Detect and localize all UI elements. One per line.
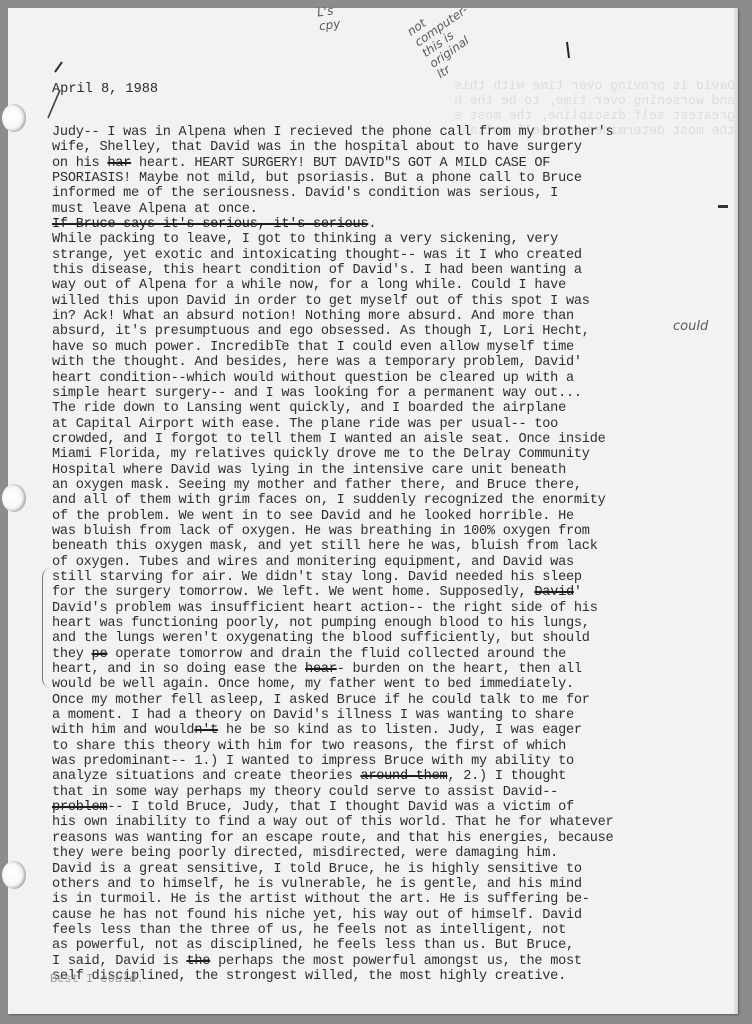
text-line: of the problem. We went in to see David … — [52, 509, 613, 524]
text-segment: beneath this oxygen mask, and yet still … — [52, 539, 598, 554]
text-line: others and to himself, he is vulnerable,… — [52, 877, 613, 892]
text-segment: with the thought. And besides, here was … — [52, 355, 582, 370]
text-segment: . — [368, 217, 376, 232]
text-line: have so much power. Incredible that I co… — [52, 340, 613, 355]
text-line: Miami Florida, my relatives quickly drov… — [52, 447, 613, 462]
text-line: that in some way perhaps my theory could… — [52, 785, 613, 800]
letter-body: Judy-- I was in Alpena when I recieved t… — [52, 125, 613, 984]
text-segment: wife, Shelley, that David was in the hos… — [52, 140, 582, 155]
text-line: reasons was wanting for an escape route,… — [52, 831, 613, 846]
text-line: problem-- I told Bruce, Judy, that I tho… — [52, 800, 613, 815]
text-line: Hospital where David was lying in the in… — [52, 463, 613, 478]
text-segment: his own inability to find a way out of t… — [52, 815, 613, 830]
text-segment: operate tomorrow and drain the fluid col… — [107, 647, 566, 662]
text-line: I said, David is the perhaps the most po… — [52, 954, 613, 969]
text-segment: simple heart surgery-- and I was looking… — [52, 386, 582, 401]
text-segment: absurd, it's presumptuous and ego obsess… — [52, 324, 590, 339]
struck-text: hear — [305, 662, 337, 677]
text-segment: analyze situations and create theories — [52, 769, 360, 784]
text-segment: , 2.) I thought — [447, 769, 566, 784]
text-segment: would be well again. Once home, my fathe… — [52, 677, 574, 692]
text-segment: as powerful, not as disciplined, he feel… — [52, 938, 574, 953]
text-line: beneath this oxygen mask, and yet still … — [52, 539, 613, 554]
text-segment: still starving for air. We didn't stay l… — [52, 570, 582, 585]
text-line: and all of them with grim faces on, I su… — [52, 493, 613, 508]
text-segment: feels less than the three of us, he feel… — [52, 923, 566, 938]
text-segment: cause he has not found his niche yet, hi… — [52, 908, 582, 923]
text-line: with the thought. And besides, here was … — [52, 355, 613, 370]
text-line: this disease, this heart condition of Da… — [52, 263, 613, 278]
struck-text: pe — [92, 647, 108, 662]
text-line: to share this theory with him for two re… — [52, 739, 613, 754]
text-segment: perhaps the most powerful amongst us, th… — [210, 954, 582, 969]
text-segment: -- I told Bruce, Judy, that I thought Da… — [107, 800, 574, 815]
text-line: in? Ack! What an absurd notion! Nothing … — [52, 309, 613, 324]
text-line: wife, Shelley, that David was in the hos… — [52, 140, 613, 155]
text-segment: David's problem was insufficient heart a… — [52, 601, 598, 616]
text-segment: others and to himself, he is vulnerable,… — [52, 877, 582, 892]
text-line: heart condition--which would without que… — [52, 371, 613, 386]
text-line: informed me of the seriousness. David's … — [52, 186, 613, 201]
text-segment: they — [52, 647, 92, 662]
text-segment: was predominant-- 1.) I wanted to impres… — [52, 754, 574, 769]
text-segment: on his — [52, 156, 107, 171]
text-line: feels less than the three of us, he feel… — [52, 923, 613, 938]
text-segment: strange, yet exotic and intoxicating tho… — [52, 248, 582, 263]
text-segment: for the surgery tomorrow. We left. We we… — [52, 585, 534, 600]
text-segment: an oxygen mask. Seeing my mother and fat… — [52, 478, 582, 493]
text-segment: Hospital where David was lying in the in… — [52, 463, 566, 478]
text-line: way out of Alpena for a while now, for a… — [52, 278, 613, 293]
margin-dash-mark — [718, 205, 728, 208]
text-segment: heart was functioning poorly, not pumpin… — [52, 616, 590, 631]
text-segment: David is a great sensitive, I told Bruce… — [52, 862, 582, 877]
text-segment: this disease, this heart condition of Da… — [52, 263, 582, 278]
text-segment: to share this theory with him for two re… — [52, 739, 566, 754]
text-line: was predominant-- 1.) I wanted to impres… — [52, 754, 613, 769]
text-line: PSORIASIS! Maybe not mild, but psoriasis… — [52, 171, 613, 186]
text-line: of oxygen. Tubes and wires and moniterin… — [52, 555, 613, 570]
text-line: strange, yet exotic and intoxicating tho… — [52, 248, 613, 263]
text-line: would be well again. Once home, my fathe… — [52, 677, 613, 692]
text-line: must leave Alpena at once. — [52, 202, 613, 217]
text-line: with him and wouldn't he be so kind as t… — [52, 723, 613, 738]
text-segment: reasons was wanting for an escape route,… — [52, 831, 613, 846]
text-line: was bluish from lack of oxygen. He was b… — [52, 524, 613, 539]
struck-text: David — [534, 585, 574, 600]
text-line: at Capital Airport with ease. The plane … — [52, 417, 613, 432]
text-segment: a moment. I had a theory on David's illn… — [52, 708, 574, 723]
text-segment: have so much power. Incredible that I co… — [52, 340, 574, 355]
text-line: and the lungs weren't oxygenating the bl… — [52, 631, 613, 646]
text-segment: informed me of the seriousness. David's … — [52, 186, 558, 201]
text-segment: is in turmoil. He is the artist without … — [52, 892, 590, 907]
text-line: willed this upon David in order to get m… — [52, 294, 613, 309]
text-segment: in? Ack! What an absurd notion! Nothing … — [52, 309, 574, 324]
margin-bracket-mark — [42, 568, 51, 688]
text-segment: was bluish from lack of oxygen. He was b… — [52, 524, 590, 539]
text-line: While packing to leave, I got to thinkin… — [52, 232, 613, 247]
text-segment: crowded, and I forgot to tell them I wan… — [52, 432, 606, 447]
text-line: on his har heart. HEART SURGERY! BUT DAV… — [52, 156, 613, 171]
text-segment: with him and would — [52, 723, 194, 738]
text-line: as powerful, not as disciplined, he feel… — [52, 938, 613, 953]
text-line: crowded, and I forgot to tell them I wan… — [52, 432, 613, 447]
text-segment: While packing to leave, I got to thinkin… — [52, 232, 558, 247]
text-line: is in turmoil. He is the artist without … — [52, 892, 613, 907]
text-segment: they were being poorly directed, misdire… — [52, 846, 558, 861]
text-line: still starving for air. We didn't stay l… — [52, 570, 613, 585]
text-segment: heart condition--which would without que… — [52, 371, 574, 386]
text-segment: of oxygen. Tubes and wires and moniterin… — [52, 555, 574, 570]
struck-text: around them — [360, 769, 447, 784]
text-line: Once my mother fell asleep, I asked Bruc… — [52, 693, 613, 708]
text-line: they pe operate tomorrow and drain the f… — [52, 647, 613, 662]
text-line: an oxygen mask. Seeing my mother and fat… — [52, 478, 613, 493]
text-segment: The ride down to Lansing went quickly, a… — [52, 401, 566, 416]
text-segment: at Capital Airport with ease. The plane … — [52, 417, 558, 432]
text-segment: way out of Alpena for a while now, for a… — [52, 278, 566, 293]
text-line: analyze situations and create theories a… — [52, 769, 613, 784]
text-line: heart, and in so doing ease the hear- bu… — [52, 662, 613, 677]
text-line: David is a great sensitive, I told Bruce… — [52, 862, 613, 877]
text-segment: heart, and in so doing ease the — [52, 662, 305, 677]
text-segment: heart. HEART SURGERY! BUT DAVID"S GOT A … — [131, 156, 550, 171]
text-line: David's problem was insufficient heart a… — [52, 601, 613, 616]
text-line: cause he has not found his niche yet, hi… — [52, 908, 613, 923]
text-line: his own inability to find a way out of t… — [52, 815, 613, 830]
text-segment: I said, David is — [52, 954, 186, 969]
struck-text: problem — [52, 800, 107, 815]
text-line: simple heart surgery-- and I was looking… — [52, 386, 613, 401]
text-line: If Bruce says it's serious, it's serious… — [52, 217, 613, 232]
text-line: Judy-- I was in Alpena when I recieved t… — [52, 125, 613, 140]
text-segment: willed this upon David in order to get m… — [52, 294, 590, 309]
text-segment: and all of them with grim faces on, I su… — [52, 493, 606, 508]
text-line: heart was functioning poorly, not pumpin… — [52, 616, 613, 631]
text-segment: that in some way perhaps my theory could… — [52, 785, 558, 800]
text-segment: of the problem. We went in to see David … — [52, 509, 574, 524]
struck-text: har — [107, 156, 131, 171]
text-segment: Miami Florida, my relatives quickly drov… — [52, 447, 590, 462]
text-line: they were being poorly directed, misdire… — [52, 846, 613, 861]
struck-text: If Bruce says it's serious, it's serious — [52, 217, 368, 232]
text-line: The ride down to Lansing went quickly, a… — [52, 401, 613, 416]
bottom-fragment-text: Best I could. — [50, 972, 144, 986]
struck-text: the — [186, 954, 210, 969]
text-segment: he be so kind as to listen. Judy, I was … — [218, 723, 582, 738]
struck-text: n't — [194, 723, 218, 738]
text-segment: PSORIASIS! Maybe not mild, but psoriasis… — [52, 171, 582, 186]
text-segment: must leave Alpena at once. — [52, 202, 258, 217]
text-line: for the surgery tomorrow. We left. We we… — [52, 585, 613, 600]
text-line: a moment. I had a theory on David's illn… — [52, 708, 613, 723]
text-line: absurd, it's presumptuous and ego obsess… — [52, 324, 613, 339]
text-segment: - burden on the heart, then all — [337, 662, 582, 677]
text-segment: and the lungs weren't oxygenating the bl… — [52, 631, 590, 646]
text-segment: Judy-- I was in Alpena when I recieved t… — [52, 125, 613, 140]
text-segment: Once my mother fell asleep, I asked Bruc… — [52, 693, 590, 708]
text-segment: ' — [574, 585, 582, 600]
